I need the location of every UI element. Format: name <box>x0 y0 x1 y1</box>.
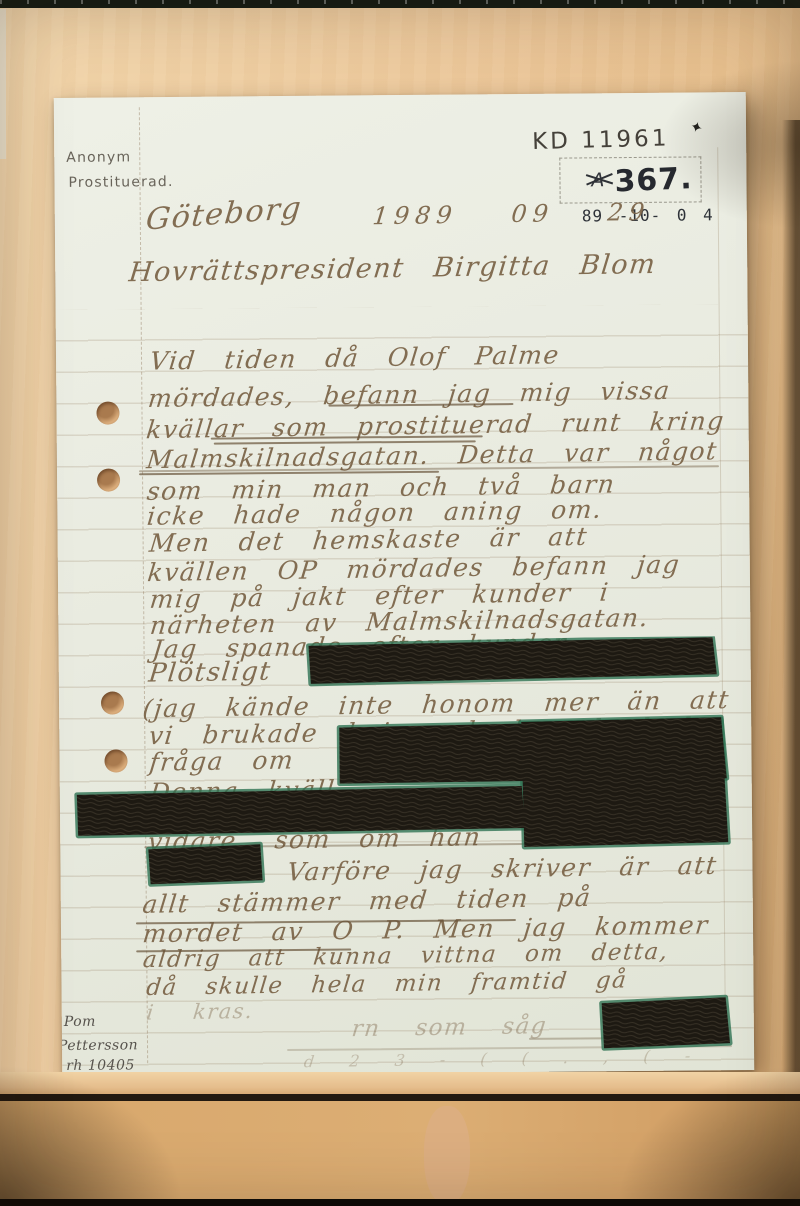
corner-note-prostituerad: Prostituerad. <box>68 174 173 191</box>
shelf-hole <box>162 1110 252 1206</box>
wood-right-shadow <box>782 120 800 1120</box>
corner-note-anonym: Anonym <box>66 149 131 166</box>
photo-left-edge <box>0 9 6 159</box>
letter-date: 1989 09 29 <box>371 198 652 230</box>
photo-bottom-edge <box>0 1199 800 1206</box>
redaction-marks <box>70 636 734 1062</box>
footer-note-pom: Pom <box>64 1014 96 1030</box>
crossed-out-mark: A <box>591 169 604 191</box>
shelf-hole <box>677 1110 767 1206</box>
shelf-hole <box>292 1110 382 1206</box>
film-edge-ticks <box>0 0 800 4</box>
shelf-hole <box>548 1110 638 1206</box>
stamp-box: A 367. <box>559 156 701 203</box>
footer-note-pettersson: Pettersson <box>58 1037 138 1054</box>
punch-hole <box>97 468 120 491</box>
letter-paper: Anonym Prostituerad. KD 11961 ✦ A 367. 8… <box>54 92 755 1076</box>
letter-recipient: Hovrättspresident Birgitta Blom <box>127 249 658 288</box>
registry-number: KD 11961 <box>532 125 670 155</box>
stamp-number: 367. <box>614 161 693 199</box>
shelf-hole <box>33 1110 123 1206</box>
star-mark: ✦ <box>688 117 705 138</box>
punch-hole <box>96 401 119 424</box>
blur-smudge <box>424 1106 470 1204</box>
letter-place: Göteborg <box>144 191 303 238</box>
shelf-ledge <box>0 1072 800 1094</box>
shelf-groove <box>0 1094 800 1101</box>
